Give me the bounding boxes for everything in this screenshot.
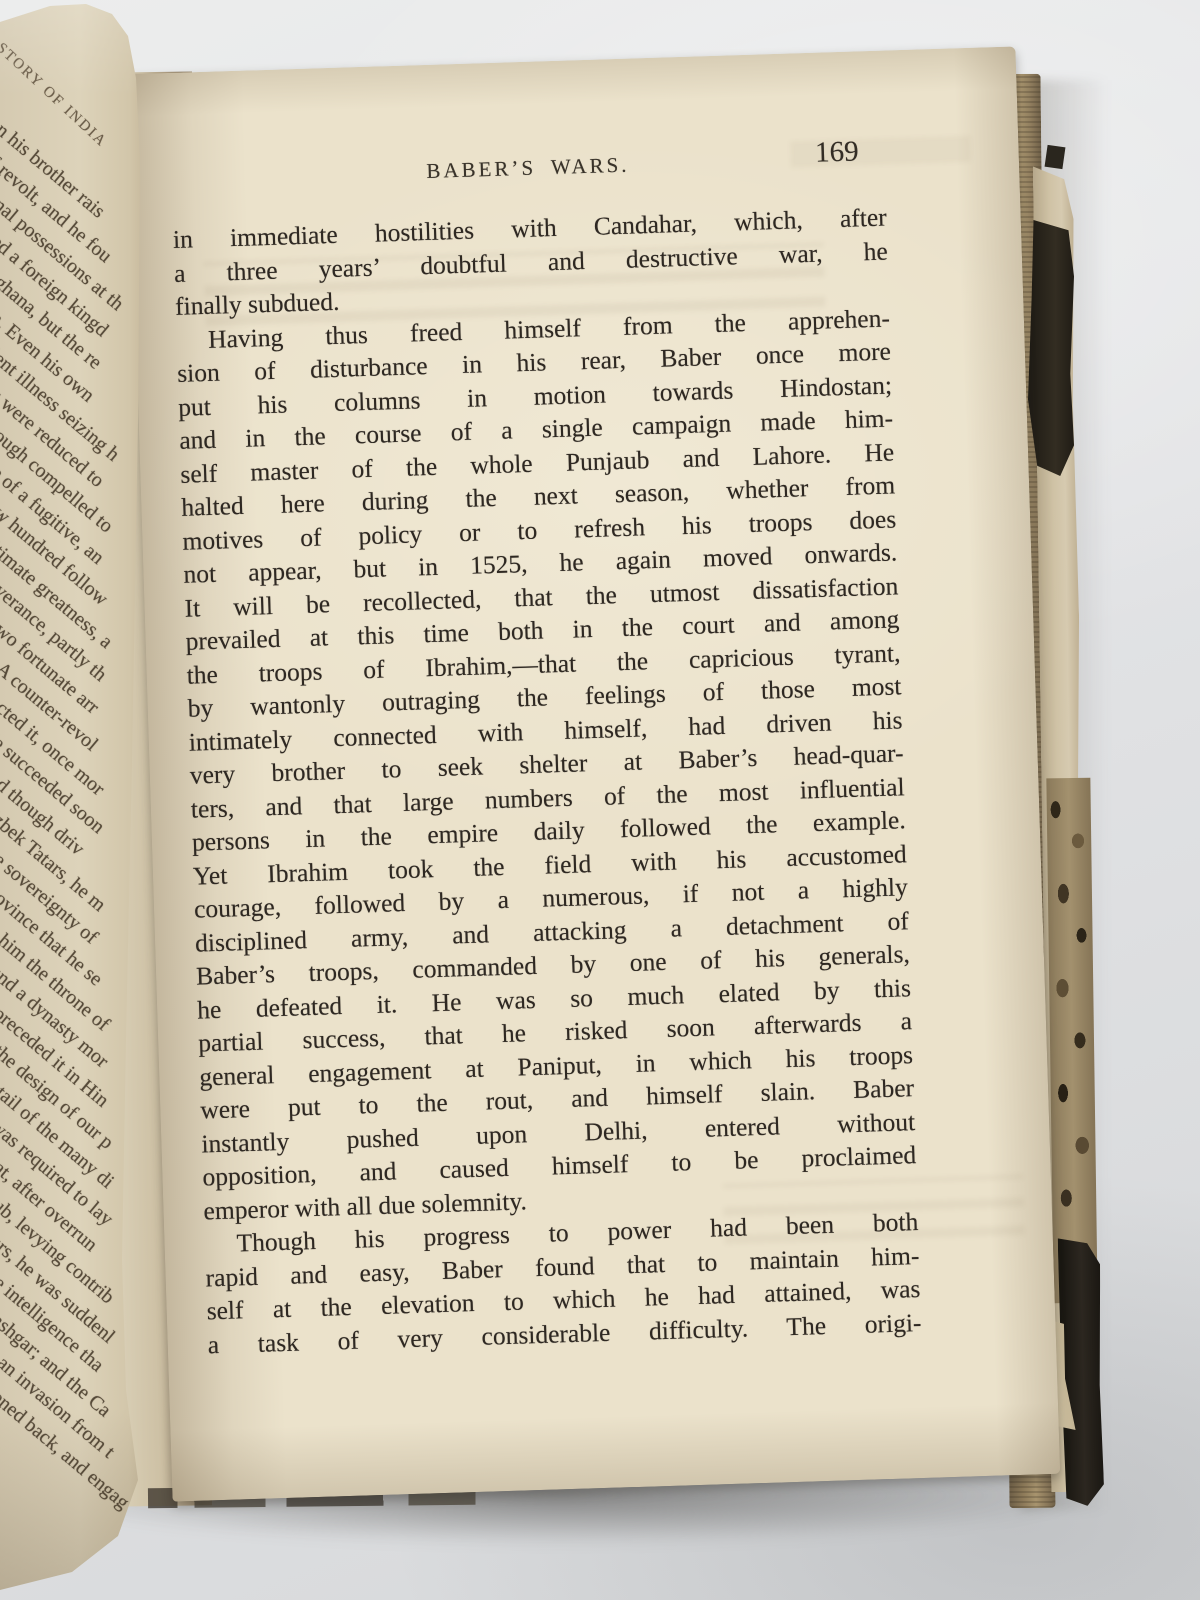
text-line: kurs, he was suddenl bbox=[0, 1223, 119, 1348]
text-line: or him the throne of bbox=[0, 915, 114, 1035]
text-line: d. A counter-revol bbox=[0, 646, 102, 757]
text-line: He succeeded soon bbox=[0, 723, 109, 839]
text-line: d preceded it in Hin bbox=[0, 992, 113, 1112]
running-header-title: BABER’S WARS. bbox=[170, 137, 885, 192]
text-line: ernal possessions at th bbox=[0, 184, 128, 316]
text-line: ired a foreign kingd bbox=[0, 222, 113, 341]
text-line: ultimate greatness, a bbox=[0, 530, 117, 653]
text-line: few hundred follow bbox=[0, 492, 112, 611]
page-number: 169 bbox=[815, 135, 860, 169]
text-line: Uzbek Tatars, he m bbox=[0, 800, 110, 917]
text-line: that, after overrun bbox=[0, 1146, 102, 1256]
text-line: severance, partly th bbox=[0, 569, 111, 687]
text-line: of revolt, and he fou bbox=[0, 145, 116, 267]
text-line: o the design of our p bbox=[0, 1031, 118, 1155]
text-line: olent illness seizing h bbox=[0, 338, 124, 467]
text-line: ife of a fugitive, an bbox=[0, 453, 108, 569]
text-line: stened back, and engag bbox=[0, 1377, 133, 1514]
text-line: urghana, but the re bbox=[0, 261, 106, 375]
cover-fragment-top bbox=[1028, 220, 1074, 476]
text-line: hen his brother rais bbox=[0, 107, 109, 224]
text-line: r was required to lay bbox=[0, 1108, 117, 1231]
verso-running-header: STORY OF INDIA bbox=[0, 40, 110, 151]
book-photo: BABER’S WARS. 169 in immediate hostiliti… bbox=[0, 0, 1200, 1600]
body-text: in immediate hostilities with Candahar, … bbox=[172, 201, 921, 1362]
text-line: though compelled to bbox=[0, 415, 117, 538]
recto-page: BABER’S WARS. 169 in immediate hostiliti… bbox=[128, 46, 1060, 1501]
text-line: r two fortunate arr bbox=[0, 607, 103, 718]
text-line: province that he se bbox=[0, 877, 107, 991]
text-line: detail of the many di bbox=[0, 1069, 118, 1193]
text-line: jaub, levying contrib bbox=[0, 1185, 119, 1309]
page-text-block: BABER’S WARS. 169 in immediate hostiliti… bbox=[170, 137, 921, 1362]
text-line: th an invasion from t bbox=[0, 1339, 119, 1464]
text-line: pected it, once mor bbox=[0, 684, 109, 800]
text-line: irs were reduced to bbox=[0, 376, 108, 492]
text-line: the sovereignty of bbox=[0, 838, 102, 948]
cover-fragment-sliver bbox=[1045, 145, 1066, 169]
text-line: Cashgar; and the Ca bbox=[0, 1300, 115, 1422]
text-line: im. Even his own bbox=[0, 299, 99, 407]
marbled-edge-strip bbox=[1046, 778, 1097, 1304]
text-line: the intelligence tha bbox=[0, 1262, 108, 1377]
text-line: and though driv bbox=[0, 761, 88, 860]
text-line: ound a dynasty mor bbox=[0, 954, 113, 1073]
